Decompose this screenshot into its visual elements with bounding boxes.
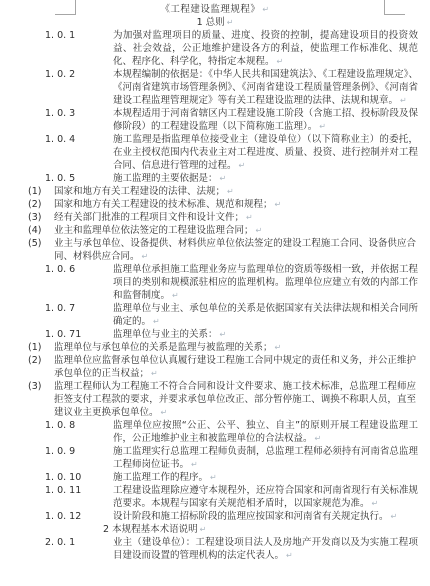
paragraph-mark: ↵ (227, 187, 234, 196)
sub-item-row: (1) 国家和地方有关工程建设的法律、法规；↵ (0, 185, 430, 198)
sub-item-row: (3) 经有关部门批准的工程项目文件和设计文件；↵ (0, 211, 430, 224)
sub-item-number: (1) (0, 185, 54, 198)
clause-text-content: 设计阶段和施工招标阶段的监理应按国家和河南省有关规定执行。 (113, 511, 389, 522)
clause-number: 1. 0. 6 (0, 263, 113, 302)
clause-row: 1. 0. 10 施工监理工作的程序。↵ (0, 471, 430, 484)
paragraph-mark: ↵ (246, 213, 253, 222)
sub-item-number: (3) (0, 211, 54, 224)
sub-item-row: (4) 业主和监理单位依法签定的工程建设监理合同；↵ (0, 224, 430, 237)
clause-number: 1. 0. 5 (0, 172, 113, 185)
clause-number: 1. 0. 10 (0, 471, 113, 484)
clause-text: 施工监理工作的程序。↵ (113, 471, 418, 484)
clause-row: 1. 0. 1 为加强对监理项目的质量、进度、投资的控制，提高建设项目的投资效益… (0, 29, 430, 68)
clause-text-content: 监理单位应按照“公正、公平、独立、自主”的原则开展工程建设监理工作，公正地维护业… (113, 420, 418, 444)
sub-item-number: (5) (0, 237, 54, 263)
clause-number: 1. 0. 9 (0, 445, 113, 471)
paragraph-mark: ↵ (372, 499, 379, 508)
sub-item-row: (5) 业主与承包单位、设备提供、材料供应单位依法签定的建设工程施工合同、设备供… (0, 237, 430, 263)
clause-text-content: 监理单位承担施工监理业务应与监理单位的资质等级相一致，并依据工程项目的类别和规模… (113, 264, 418, 301)
sub-item-text: 监理单位与承包单位的关系是监理与被监理的关系；↵ (54, 341, 416, 354)
paragraph-mark: ↵ (315, 434, 322, 443)
sub-item-row: (2) 监理单位应监督承包单位认真履行建设工程施工合同中规定的责任和义务，并公正… (0, 354, 430, 380)
clause-text: 本规程适用于河南省辖区内工程建设施工阶段（含施工招、投标阶段及保修阶段）的工程建… (113, 107, 418, 133)
sub-item-number: (2) (0, 354, 54, 380)
crop-mark-top-right (384, 0, 405, 15)
clause-text-content: 监理单位与业主的关系： (113, 329, 218, 340)
clause-row: 1. 0. 6 监理单位承担施工监理业务应与监理单位的资质等级相一致，并依据工程… (0, 263, 430, 302)
chapter-1-heading: 1 总则↵ (0, 16, 430, 29)
clause-number: 1. 0. 2 (0, 68, 113, 107)
sub-item-text: 经有关部门批准的工程项目文件和设计文件；↵ (54, 211, 416, 224)
clause-text-content: 本规程编制的依据是：《中华人民共和国建筑法》、《工程建设监理规定》、《河南省建筑… (113, 69, 418, 106)
sub-item-text: 国家和地方有关工程建设的技术标准、规范和规程；↵ (54, 198, 416, 211)
paragraph-mark: ↵ (142, 252, 149, 261)
clause-text-content: 业主（建设单位）：工程建设项目法人及房地产开发商以及为实施工程项目建设而设置的管… (113, 537, 418, 561)
clause-text: 施工监理的主要依据是：↵ (113, 172, 418, 185)
clause-text: 监理单位承担施工监理业务应与监理单位的资质等级相一致，并依据工程项目的类别和规模… (113, 263, 418, 302)
sub-item-text-content: 监理单位与承包单位的关系是监理与被监理的关系； (54, 342, 273, 353)
clause-row: 1. 0. 3 本规程适用于河南省辖区内工程建设施工阶段（含施工招、投标阶段及保… (0, 107, 430, 133)
sub-item-text-content: 业主与承包单位、设备提供、材料供应单位依法签定的建设工程施工合同、设备供应合同、… (54, 238, 416, 262)
paragraph-mark: ↵ (262, 5, 269, 14)
paragraph-mark: ↵ (256, 226, 263, 235)
paragraph-mark: ↵ (239, 161, 246, 170)
clause-row: 1. 0. 4 施工监理是指监理单位接受业主（建设单位）（以下简称业主）的委托，… (0, 133, 430, 172)
clause-row: 1. 0. 71 监理单位与业主的关系：↵ (0, 328, 430, 341)
clause-text: 为加强对监理项目的质量、进度、投资的控制，提高建设项目的投资效益、社会效益，公正… (113, 29, 418, 68)
sub-item-number: (2) (0, 198, 54, 211)
sub-item-text-content: 国家和地方有关工程建设的法律、法规； (54, 186, 225, 197)
clause-number: 1. 0. 4 (0, 133, 113, 172)
paragraph-mark: ↵ (391, 512, 398, 521)
sub-item-text: 监理单位应监督承包单位认真履行建设工程施工合同中规定的责任和义务，并公正维护承包… (54, 354, 416, 380)
clause-number: 1. 0. 1 (0, 29, 113, 68)
clause-number: 1. 0. 3 (0, 107, 113, 133)
clause-text: 监理单位与业主、承包单位的关系是依据国家有关法律法规和相关合同所确定的。↵ (113, 302, 418, 328)
clause-text: 设计阶段和施工招标阶段的监理应按国家和河南省有关规定执行。↵ (113, 510, 418, 523)
sub-item-number: (1) (0, 341, 54, 354)
clause-number: 1. 0. 8 (0, 419, 113, 445)
chapter-1-heading-text: 1 总则 (197, 17, 225, 28)
clause-text-content: 本规程适用于河南省辖区内工程建设施工阶段（含施工招、投标阶段及保修阶段）的工程建… (113, 108, 418, 132)
paragraph-mark: ↵ (286, 551, 293, 560)
sub-item-text: 国家和地方有关工程建设的法律、法规；↵ (54, 185, 416, 198)
paragraph-mark: ↵ (220, 174, 227, 183)
chapter-2-heading-text: 2 本规程基本术语说明 (103, 524, 198, 535)
clause-row: 1. 0. 9 施工监理实行总监理工程师负责制，总监理工程师必须持有河南省总监理… (0, 445, 430, 471)
paragraph-mark: ↵ (319, 122, 326, 131)
sub-item-row: (3) 监理工程师认为工程施工不符合合同和设计文件要求、施工技术标准，总监理工程… (0, 380, 430, 419)
document-title-text: 《工程建设监理规程》 (160, 4, 260, 15)
clause-row: 1. 0. 8 监理单位应按照“公正、公平、独立、自主”的原则开展工程建设监理工… (0, 419, 430, 445)
sub-item-text-content: 国家和地方有关工程建设的技术标准、规范和规程； (54, 199, 273, 210)
paragraph-mark: ↵ (277, 57, 284, 66)
paragraph-mark: ↵ (151, 369, 158, 378)
sub-item-row: (1) 监理单位与承包单位的关系是监理与被监理的关系；↵ (0, 341, 430, 354)
paragraph-mark: ↵ (400, 96, 407, 105)
paragraph-mark: ↵ (153, 317, 160, 326)
clause-row: 1. 0. 7 监理单位与业主、承包单位的关系是依据国家有关法律法规和相关合同所… (0, 302, 430, 328)
clause-text: 监理单位与业主的关系：↵ (113, 328, 418, 341)
clause-text-content: 施工监理是指监理单位接受业主（建设单位）（以下简称业主）的委托，在业主授权范围内… (113, 134, 418, 171)
paragraph-mark: ↵ (172, 291, 179, 300)
paragraph-mark: ↵ (227, 18, 234, 27)
paragraph-mark: ↵ (200, 525, 207, 534)
document-page: 《工程建设监理规程》↵ 1 总则↵ 1. 0. 1 为加强对监理项目的质量、进度… (0, 0, 430, 586)
clause-row: 1. 0. 2 本规程编制的依据是：《中华人民共和国建筑法》、《工程建设监理规定… (0, 68, 430, 107)
sub-item-text-content: 经有关部门批准的工程项目文件和设计文件； (54, 212, 244, 223)
clause-text: 工程建设监理除应遵守本规程外，还应符合国家和河南省现行有关标准规范要求。本规程与… (113, 484, 418, 510)
sub-item-number: (4) (0, 224, 54, 237)
clause-number: 1. 0. 7 (0, 302, 113, 328)
sub-item-text: 监理工程师认为工程施工不符合合同和设计文件要求、施工技术标准，总监理工程师应拒签… (54, 380, 416, 419)
crop-mark-top-left (55, 0, 76, 15)
sub-item-number: (3) (0, 380, 54, 419)
paragraph-mark: ↵ (210, 473, 217, 482)
sub-item-text: 业主与承包单位、设备提供、材料供应单位依法签定的建设工程施工合同、设备供应合同、… (54, 237, 416, 263)
clause-text-content: 施工监理的主要依据是： (113, 173, 218, 184)
clause-text-content: 为加强对监理项目的质量、进度、投资的控制，提高建设项目的投资效益、社会效益，公正… (113, 30, 418, 67)
sub-item-row: (2) 国家和地方有关工程建设的技术标准、规范和规程；↵ (0, 198, 430, 211)
clause-number: 2. 0. 1 (0, 536, 113, 562)
clause-text: 施工监理实行总监理工程师负责制，总监理工程师必须持有河南省总监理工程师岗位证书。… (113, 445, 418, 471)
sub-item-text: 业主和监理单位依法签定的工程建设监理合同；↵ (54, 224, 416, 237)
clause-text-content: 施工监理工作的程序。 (113, 472, 208, 483)
clause-row: 1. 0. 11 工程建设监理除应遵守本规程外，还应符合国家和河南省现行有关标准… (0, 484, 430, 510)
clause-text-content: 施工监理实行总监理工程师负责制，总监理工程师必须持有河南省总监理工程师岗位证书。 (113, 446, 418, 470)
paragraph-mark: ↵ (275, 343, 282, 352)
sub-item-text-content: 监理工程师认为工程施工不符合合同和设计文件要求、施工技术标准，总监理工程师应拒签… (54, 381, 416, 418)
clause-number: 1. 0. 12 (0, 510, 113, 523)
clause-text: 施工监理是指监理单位接受业主（建设单位）（以下简称业主）的委托，在业主授权范围内… (113, 133, 418, 172)
sub-item-text-content: 业主和监理单位依法签定的工程建设监理合同； (54, 225, 254, 236)
clause-row: 2. 0. 1 业主（建设单位）：工程建设项目法人及房地产开发商以及为实施工程项… (0, 536, 430, 562)
chapter-2-heading: 2 本规程基本术语说明↵ (0, 523, 430, 536)
clause-text: 业主（建设单位）：工程建设项目法人及房地产开发商以及为实施工程项目建设而设置的管… (113, 536, 418, 562)
clause-number: 1. 0. 11 (0, 484, 113, 510)
paragraph-mark: ↵ (191, 460, 198, 469)
clause-number: 1. 0. 71 (0, 328, 113, 341)
clause-row: 1. 0. 12 设计阶段和施工招标阶段的监理应按国家和河南省有关规定执行。↵ (0, 510, 430, 523)
sub-item-text-content: 监理单位应监督承包单位认真履行建设工程施工合同中规定的责任和义务，并公正维护承包… (54, 355, 416, 379)
clause-text: 监理单位应按照“公正、公平、独立、自主”的原则开展工程建设监理工作，公正地维护业… (113, 419, 418, 445)
clause-text: 本规程编制的依据是：《中华人民共和国建筑法》、《工程建设监理规定》、《河南省建筑… (113, 68, 418, 107)
paragraph-mark: ↵ (161, 408, 168, 417)
paragraph-mark: ↵ (275, 200, 282, 209)
clause-row: 1. 0. 5 施工监理的主要依据是：↵ (0, 172, 430, 185)
paragraph-mark: ↵ (220, 330, 227, 339)
